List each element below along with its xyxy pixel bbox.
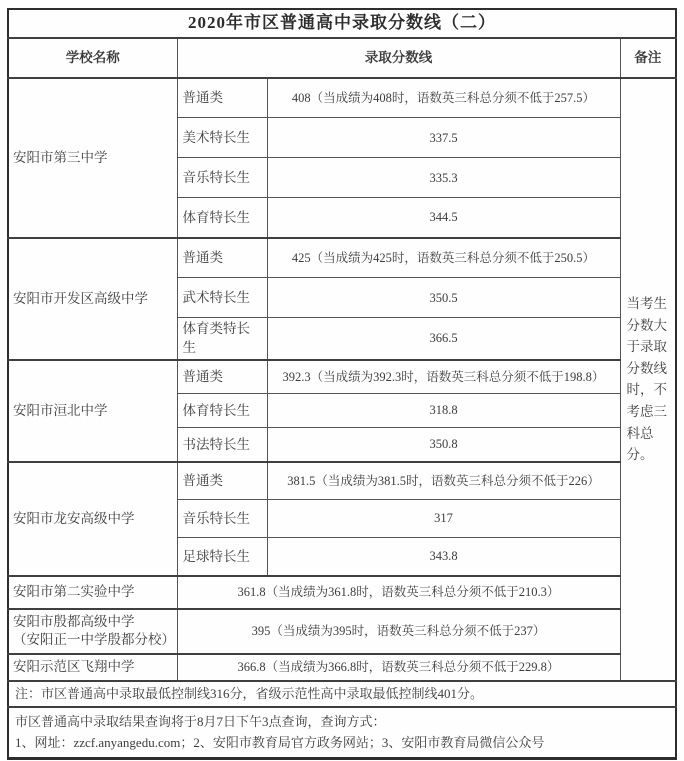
category-cell: 普通类 bbox=[177, 78, 267, 118]
category-cell: 音乐特长生 bbox=[177, 158, 267, 198]
category-cell: 体育类特长生 bbox=[177, 318, 267, 360]
score-cell: 337.5 bbox=[267, 118, 620, 158]
table-title: 2020年市区普通高中录取分数线（二） bbox=[8, 9, 676, 38]
note-row: 注：市区普通高中录取最低控制线316分，省级示范性高中录取最低控制线401分。 bbox=[8, 681, 676, 707]
school-name-cell: 安阳市殷都高级中学 （安阳正一中学殷都分校） bbox=[8, 609, 177, 654]
school-name-cell: 安阳市洹北中学 bbox=[8, 360, 177, 462]
document-page: 2020年市区普通高中录取分数线（二） 学校名称 录取分数线 备注 安阳市第三中… bbox=[0, 0, 684, 761]
category-cell: 武术特长生 bbox=[177, 278, 267, 318]
score-cell: 392.3（当成绩为392.3时，语数英三科总分须不低于198.8） bbox=[267, 360, 620, 394]
score-cell: 318.8 bbox=[267, 394, 620, 428]
table-row: 安阳市龙安高级中学 普通类 381.5（当成绩为381.5时，语数英三科总分须不… bbox=[8, 462, 676, 500]
category-cell: 普通类 bbox=[177, 238, 267, 278]
footer-line-query-channels: 1、网址：zzcf.anyangedu.com；2、安阳市教育局官方政务网站；3… bbox=[15, 733, 669, 753]
category-cell: 美术特长生 bbox=[177, 118, 267, 158]
remark-cell: 当考生分数大于录取分数线时，不考虑三科总分。 bbox=[620, 78, 676, 681]
table-row: 安阳市第二实验中学 361.8（当成绩为361.8时，语数英三科总分须不低于21… bbox=[8, 576, 676, 609]
column-header-remark: 备注 bbox=[620, 38, 676, 78]
score-cell: 395（当成绩为395时，语数英三科总分须不低于237） bbox=[177, 609, 620, 654]
school-name-cell: 安阳市开发区高级中学 bbox=[8, 238, 177, 360]
score-cell: 381.5（当成绩为381.5时，语数英三科总分须不低于226） bbox=[267, 462, 620, 500]
table-row: 安阳市殷都高级中学 （安阳正一中学殷都分校） 395（当成绩为395时，语数英三… bbox=[8, 609, 676, 654]
school-name-cell: 安阳示范区飞翔中学 bbox=[8, 654, 177, 681]
category-cell: 普通类 bbox=[177, 462, 267, 500]
score-cell: 350.5 bbox=[267, 278, 620, 318]
category-cell: 音乐特长生 bbox=[177, 500, 267, 538]
category-cell: 普通类 bbox=[177, 360, 267, 394]
school-name-cell: 安阳市第三中学 bbox=[8, 78, 177, 238]
score-cell: 361.8（当成绩为361.8时，语数英三科总分须不低于210.3） bbox=[177, 576, 620, 609]
score-cell: 425（当成绩为425时，语数英三科总分须不低于250.5） bbox=[267, 238, 620, 278]
column-header-score-line: 录取分数线 bbox=[177, 38, 620, 78]
column-header-school-name: 学校名称 bbox=[8, 38, 177, 78]
footer-cell: 市区普通高中录取结果查询将于8月7日下午3点查询，查询方式： 1、网址：zzcf… bbox=[8, 707, 676, 759]
table-row: 安阳市开发区高级中学 普通类 425（当成绩为425时，语数英三科总分须不低于2… bbox=[8, 238, 676, 278]
score-cell: 335.3 bbox=[267, 158, 620, 198]
note-cell: 注：市区普通高中录取最低控制线316分，省级示范性高中录取最低控制线401分。 bbox=[8, 681, 676, 707]
category-cell: 体育特长生 bbox=[177, 394, 267, 428]
header-row: 学校名称 录取分数线 备注 bbox=[8, 38, 676, 78]
school-name-cell: 安阳市第二实验中学 bbox=[8, 576, 177, 609]
score-cell: 408（当成绩为408时，语数英三科总分须不低于257.5） bbox=[267, 78, 620, 118]
score-cell: 366.8（当成绩为366.8时，语数英三科总分须不低于229.8） bbox=[177, 654, 620, 681]
admission-score-table: 2020年市区普通高中录取分数线（二） 学校名称 录取分数线 备注 安阳市第三中… bbox=[7, 8, 677, 760]
score-cell: 366.5 bbox=[267, 318, 620, 360]
title-row: 2020年市区普通高中录取分数线（二） bbox=[8, 9, 676, 38]
table-row: 安阳市洹北中学 普通类 392.3（当成绩为392.3时，语数英三科总分须不低于… bbox=[8, 360, 676, 394]
score-cell: 343.8 bbox=[267, 538, 620, 576]
score-cell: 344.5 bbox=[267, 198, 620, 238]
table-row: 安阳示范区飞翔中学 366.8（当成绩为366.8时，语数英三科总分须不低于22… bbox=[8, 654, 676, 681]
score-cell: 317 bbox=[267, 500, 620, 538]
footer-line-query-time: 市区普通高中录取结果查询将于8月7日下午3点查询，查询方式： bbox=[15, 712, 669, 732]
score-cell: 350.8 bbox=[267, 428, 620, 462]
category-cell: 足球特长生 bbox=[177, 538, 267, 576]
school-name-cell: 安阳市龙安高级中学 bbox=[8, 462, 177, 576]
table-row: 安阳市第三中学 普通类 408（当成绩为408时，语数英三科总分须不低于257.… bbox=[8, 78, 676, 118]
category-cell: 体育特长生 bbox=[177, 198, 267, 238]
footer-row: 市区普通高中录取结果查询将于8月7日下午3点查询，查询方式： 1、网址：zzcf… bbox=[8, 707, 676, 759]
category-cell: 书法特长生 bbox=[177, 428, 267, 462]
